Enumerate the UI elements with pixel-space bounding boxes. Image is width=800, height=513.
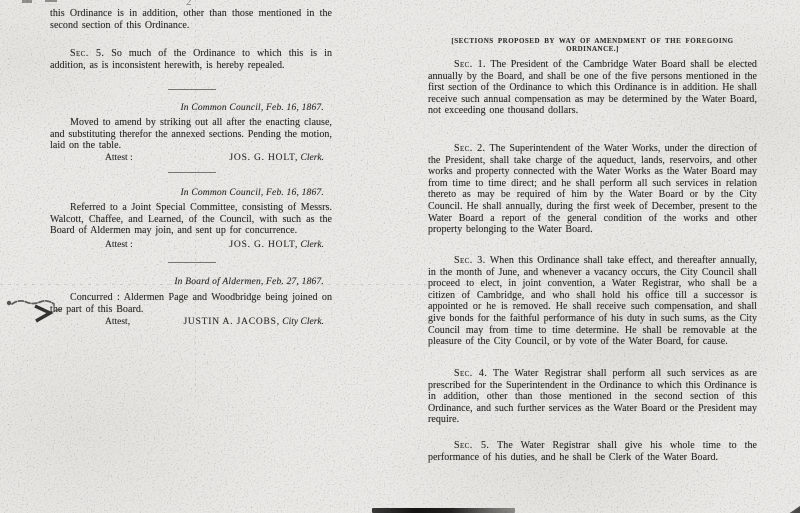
- paragraph-referred: Referred to a Joint Special Committee, c…: [50, 202, 332, 237]
- attest-row-1: Attest : JOS. G. HOLT, Clerk.: [50, 153, 324, 163]
- attest-signature: JOS. G. HOLT, Clerk.: [229, 153, 324, 163]
- scan-speck: [22, 0, 32, 3]
- clerk-title: Clerk.: [301, 240, 324, 250]
- fold-crease-vertical: [195, 0, 196, 400]
- fold-crease-horizontal: [0, 284, 470, 285]
- attest-signature: JUSTIN A. JACOBS, City Clerk.: [183, 317, 324, 327]
- paragraph-sec4: Sec. 4. The Water Registrar shall perfor…: [428, 368, 757, 426]
- paragraph-concurred: Concurred : Aldermen Page and Woodbridge…: [50, 292, 332, 315]
- section-text: The Superintendent of the Water Works, u…: [428, 143, 757, 235]
- section-label: Sec. 3.: [454, 255, 486, 266]
- separator-rule: [168, 172, 216, 173]
- scan-corner-mark: [787, 506, 800, 513]
- city-clerk-name: JUSTIN A. JACOBS,: [183, 317, 279, 327]
- section-text: When this Ordinance shall take effect, a…: [428, 255, 757, 347]
- paragraph-sec2: Sec. 2. The Superintendent of the Water …: [428, 143, 757, 236]
- scanned-document: 2 this Ordinance is in addition, other t…: [0, 0, 800, 513]
- section-label: Sec. 1.: [454, 59, 486, 70]
- attest-label: Attest :: [105, 240, 133, 250]
- city-clerk-title: City Clerk.: [282, 317, 324, 327]
- scan-speck: [45, 0, 57, 2]
- attest-label: Attest :: [105, 153, 133, 163]
- attest-label: Attest,: [105, 317, 130, 327]
- dateline-common-council-2: In Common Council, Feb. 16, 1867.: [50, 188, 324, 198]
- dateline-common-council-1: In Common Council, Feb. 16, 1867.: [50, 103, 324, 113]
- clerk-name: JOS. G. HOLT,: [229, 240, 298, 250]
- paragraph-sec1: Sec. 1. The President of the Cambridge W…: [428, 59, 757, 117]
- section-label: Sec. 5.: [70, 48, 104, 59]
- dateline-board-aldermen: In Board of Aldermen, Feb. 27, 1867.: [50, 277, 324, 287]
- scan-edge-bar: [372, 508, 515, 513]
- amendment-header: [SECTIONS PROPOSED BY WAY OF AMENDMENT O…: [428, 37, 757, 53]
- paragraph-continuation: this Ordinance is in addition, other tha…: [50, 8, 332, 31]
- paragraph-sec3: Sec. 3. When this Ordinance shall take e…: [428, 255, 757, 348]
- paragraph-moved-to-amend: Moved to amend by striking out all after…: [50, 117, 332, 152]
- separator-rule: [168, 262, 216, 263]
- section-label: Sec. 2.: [454, 143, 485, 154]
- clerk-name: JOS. G. HOLT,: [229, 153, 298, 163]
- attest-signature: JOS. G. HOLT, Clerk.: [229, 240, 324, 250]
- left-page: this Ordinance is in addition, other tha…: [50, 0, 332, 513]
- separator-rule: [168, 89, 216, 90]
- right-page: [SECTIONS PROPOSED BY WAY OF AMENDMENT O…: [428, 0, 757, 513]
- clerk-title: Clerk.: [301, 153, 324, 163]
- section-label: Sec. 5.: [454, 440, 489, 451]
- paragraph-sec5-right: Sec. 5. The Water Registrar shall give h…: [428, 440, 757, 463]
- section-label: Sec. 4.: [454, 368, 487, 379]
- attest-row-3: Attest, JUSTIN A. JACOBS, City Clerk.: [50, 317, 324, 327]
- attest-row-2: Attest : JOS. G. HOLT, Clerk.: [50, 240, 324, 250]
- paragraph-sec5-left: Sec. 5. So much of the Ordinance to whic…: [50, 48, 332, 71]
